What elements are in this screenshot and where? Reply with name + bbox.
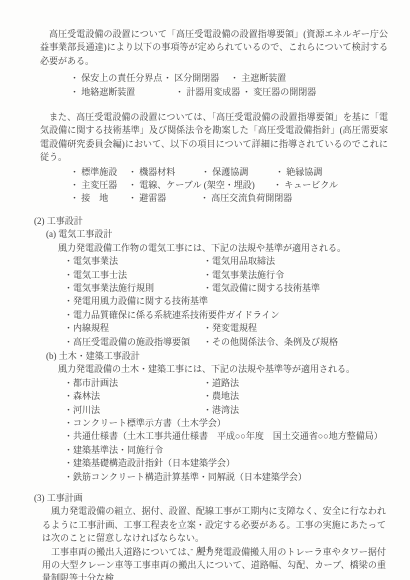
list-item: ・ 地絡遮断装置 <box>70 86 175 99</box>
section-2b-intro: 風力発電設備の土木・建築工事には、下記の法規や基準等が適用される。 <box>58 363 390 376</box>
list-item: ・ 絶縁協調 <box>275 166 396 179</box>
page-number: - 118 - <box>0 543 410 556</box>
list-row: ・ 主変圧器 ・ 電線、ケーブル (架空・埋設) ・ キュービクル <box>70 179 396 192</box>
list-item: ・発電用風力設備に関する技術基準 <box>64 295 208 308</box>
intro-paragraph-1: 高圧受電設備の設置について「高圧受電設備の設置指導要領」(資源エネルギー庁公益事… <box>40 28 388 68</box>
section-2a-heading: (a) 電気工事設計 <box>46 228 410 241</box>
section-3-paragraph-1: 風力発電設備の組立、据付、設置、配線工事が工期内に支障なく、安全に行なわれるよう… <box>42 505 386 545</box>
list-row: ・ 接 地 ・ 避雷器 ・ 高圧交流負荷開閉器 <box>70 192 396 205</box>
list-item: ・ 高圧交流負荷開閉器 <box>200 192 396 205</box>
list-item: ・ 主遮断装置 <box>230 72 392 85</box>
document-page: 高圧受電設備の設置について「高圧受電設備の設置指導要領」(資源エネルギー庁公益事… <box>0 0 410 580</box>
list-row: ・内線規程 ・発変電規程 <box>64 322 396 335</box>
list-item: ・内線規程 <box>64 322 203 335</box>
list-item: ・ 変圧器の開閉器 <box>242 86 392 99</box>
checklist-items: ・ 保安上の責任分界点 ・ 区分開閉器 ・ 主遮断装置 ・ 地絡遮断装置 ・ 計… <box>70 72 392 99</box>
list-row: ・建築基礎構造設計指針（日本建築学会） <box>64 457 396 470</box>
list-item: ・都市計画法 <box>64 377 203 390</box>
list-item: ・ 標準施設 <box>70 166 128 179</box>
list-row: ・ 地絡遮断装置 ・ 計器用変成器 ・ 変圧器の開閉器 <box>70 86 392 99</box>
list-item: ・鉄筋コンクリート構造計算基準・同解説（日本建築学会） <box>64 471 307 484</box>
list-item: ・ 避雷器 <box>128 192 200 205</box>
list-item: ・共通仕様書（土木工事共通仕様書 平成○○年度 国土交通省○○地方整備局） <box>64 430 383 443</box>
list-row: ・コンクリート標準示方書（土木学会） <box>64 417 396 430</box>
electrical-law-list: ・電気事業法 ・電気用品取締法 ・電気工事士法 ・電気事業法施行令 ・電気事業法… <box>64 255 396 349</box>
list-item: ・建築基礎構造設計指針（日本建築学会） <box>64 457 235 470</box>
section-3-heading: (3) 工事計画 <box>34 492 410 505</box>
list-item: ・ 区分開閉器 <box>163 72 230 85</box>
list-item: ・電気事業法 <box>64 255 203 268</box>
list-item <box>279 309 396 322</box>
list-item: ・ キュービクル <box>273 179 396 192</box>
list-row: ・ 標準施設 ・ 機器材料 ・ 保護協調 ・ 絶縁協調 <box>70 166 396 179</box>
list-item: ・河川法 <box>64 404 203 417</box>
list-item: ・ 保安上の責任分界点 <box>70 72 163 85</box>
list-item <box>226 417 396 430</box>
list-row: ・発電用風力設備に関する技術基準 <box>64 295 396 308</box>
list-item: ・高圧受電設備の施設指導要領 <box>64 336 203 349</box>
list-item: ・電気設備に関する技術基準 <box>203 282 396 295</box>
list-item: ・電気工事士法 <box>64 269 203 282</box>
list-item <box>235 457 396 470</box>
list-item: ・発変電規程 <box>203 322 396 335</box>
list-item: ・電力品質確保に係る系統連系技術要件ガイドライン <box>64 309 279 322</box>
list-item: ・その他関係法令、条例及び規格 <box>203 336 396 349</box>
intro-paragraph-2: また、高圧受電設備の設置については、「高圧受電設備の設置指導要領」を基に「電気設… <box>40 111 388 165</box>
list-item: ・コンクリート標準示方書（土木学会） <box>64 417 226 430</box>
list-row: ・河川法 ・港湾法 <box>64 404 396 417</box>
list-item: ・電気事業法施行令 <box>203 269 396 282</box>
section-2b-heading: (b) 土木・建築工事設計 <box>46 350 410 363</box>
list-row: ・鉄筋コンクリート構造計算基準・同解説（日本建築学会） <box>64 471 396 484</box>
list-row: ・電力品質確保に係る系統連系技術要件ガイドライン <box>64 309 396 322</box>
section-2-heading: (2) 工事設計 <box>34 215 410 228</box>
list-row: ・建築基準法・同施行令 <box>64 444 396 457</box>
list-row: ・都市計画法 ・道路法 <box>64 377 396 390</box>
list-item: ・ 保護協調 <box>201 166 275 179</box>
list-item <box>163 444 396 457</box>
list-row: ・電気事業法 ・電気用品取締法 <box>64 255 396 268</box>
list-item: ・ 計器用変成器 <box>175 86 242 99</box>
list-item: ・道路法 <box>203 377 396 390</box>
list-item: ・建築基準法・同施行令 <box>64 444 163 457</box>
list-row: ・森林法 ・農地法 <box>64 390 396 403</box>
list-item <box>208 295 396 308</box>
section-2a-intro: 風力発電設備工作物の電気工事には、下記の法規や基準が適用される。 <box>58 242 390 255</box>
civil-law-list: ・都市計画法 ・道路法 ・森林法 ・農地法 ・河川法 ・港湾法 ・コンクリート標… <box>64 377 396 484</box>
list-row: ・共通仕様書（土木工事共通仕様書 平成○○年度 国土交通省○○地方整備局） <box>64 430 396 443</box>
list-row: ・電気事業法施行規則 ・電気設備に関する技術基準 <box>64 282 396 295</box>
list-row: ・ 保安上の責任分界点 ・ 区分開閉器 ・ 主遮断装置 <box>70 72 392 85</box>
list-item: ・港湾法 <box>203 404 396 417</box>
list-row: ・電気工事士法 ・電気事業法施行令 <box>64 269 396 282</box>
list-item <box>307 471 396 484</box>
list-item: ・農地法 <box>203 390 396 403</box>
list-item: ・電気用品取締法 <box>203 255 396 268</box>
list-row: ・高圧受電設備の施設指導要領 ・その他関係法令、条例及び規格 <box>64 336 396 349</box>
list-item: ・ 主変圧器 <box>70 179 128 192</box>
list-item: ・ 電線、ケーブル (架空・埋設) <box>128 179 273 192</box>
list-item: ・森林法 <box>64 390 203 403</box>
guidance-items: ・ 標準施設 ・ 機器材料 ・ 保護協調 ・ 絶縁協調 ・ 主変圧器 ・ 電線、… <box>70 166 396 206</box>
list-item <box>383 430 396 443</box>
list-item: ・ 接 地 <box>70 192 128 205</box>
list-item: ・電気事業法施行規則 <box>64 282 203 295</box>
list-item: ・ 機器材料 <box>128 166 201 179</box>
